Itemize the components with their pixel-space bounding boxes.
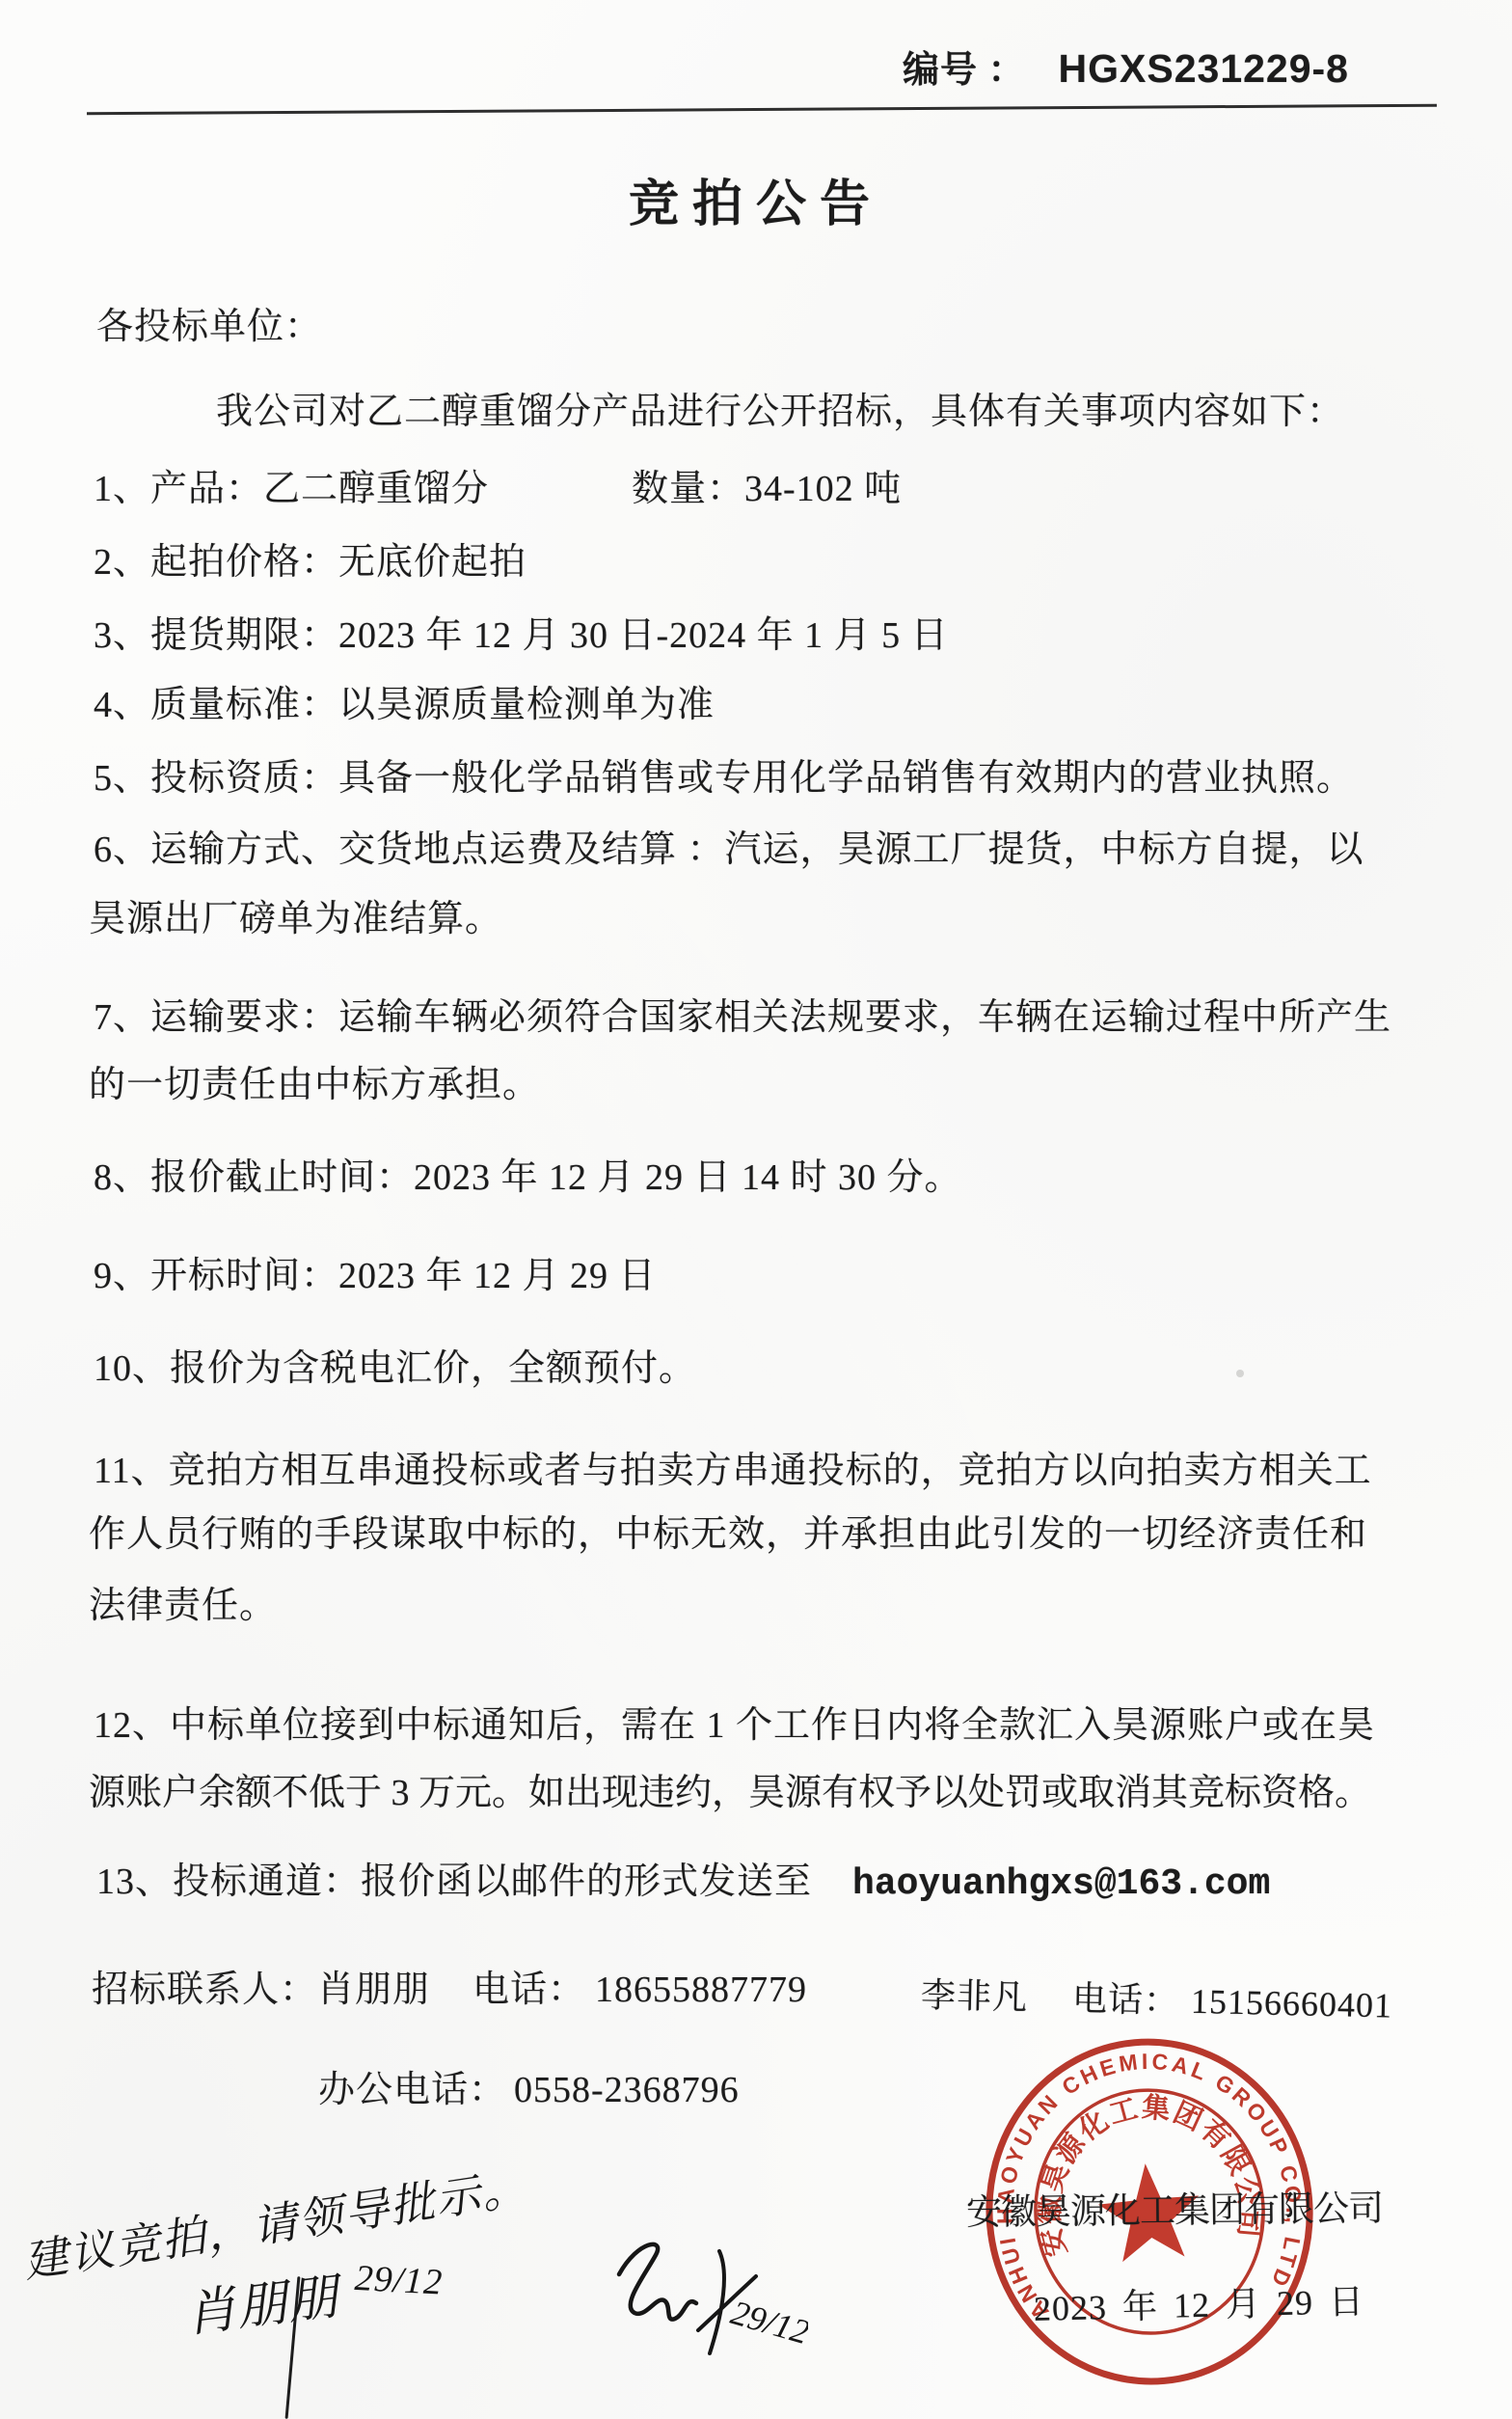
item-11-line2: 作人员行贿的手段谋取中标的，中标无效，并承担由此引发的一切经济责任和 xyxy=(89,1512,1367,1559)
header-rule xyxy=(87,104,1437,116)
item-12-line2: 源账户余额不低于 3 万元。如出现违约，昊源有权予以处罚或取消其竞标资格。 xyxy=(89,1771,1371,1817)
item-3: 3、提货期限：2023 年 12 月 30 日-2024 年 1 月 5 日 xyxy=(94,613,949,660)
signature-date: 2023 年 12 月 29 日 xyxy=(1034,2280,1365,2331)
office-phone-line: 办公电话：0558-2368796 xyxy=(318,2068,740,2114)
handwritten-approval-date: 29/12 xyxy=(727,2293,808,2351)
handwritten-signer: 肖朋朋29/12 xyxy=(182,2253,445,2347)
item-5: 5、投标资质：具备一般化学品销售或专用化学品销售有效期内的营业执照。 xyxy=(94,756,1354,802)
item-10: 10、报价为含税电汇价，全额预付。 xyxy=(94,1346,696,1393)
scanned-document-page: 编号 ：HGXS231229-8 竞拍公告 各投标单位： 我公司对乙二醇重馏分产… xyxy=(0,0,1512,2419)
office-phone-label: 办公电话： xyxy=(318,2070,506,2110)
office-phone: 0558-2368796 xyxy=(514,2070,740,2110)
signature-company-name: 安徽昊源化工集团有限公司 xyxy=(966,2188,1383,2237)
item-2: 2、起拍价格：无底价起拍 xyxy=(94,540,526,586)
signature-squiggle-1 xyxy=(619,2244,696,2320)
salutation: 各投标单位： xyxy=(96,305,322,351)
handwritten-approval-signature: 29/12 xyxy=(606,2230,808,2394)
item-8: 8、报价截止时间：2023 年 12 月 29 日 14 时 30 分。 xyxy=(94,1155,962,1202)
handwritten-note: 建议竞拍，请领导批示。 xyxy=(20,2160,532,2290)
item-6-line1: 6、运输方式、交货地点运费及结算 ：汽运，昊源工厂提货，中标方自提，以 xyxy=(94,828,1364,874)
intro-paragraph: 我公司对乙二醇重馏分产品进行公开招标，具体有关事项内容如下： xyxy=(216,390,1344,436)
doc-number-value: HGXS231229-8 xyxy=(1059,46,1349,91)
scan-artifact xyxy=(1236,1370,1244,1377)
item-9: 9、开标时间：2023 年 12 月 29 日 xyxy=(94,1254,657,1300)
second-contact-phone-label: 电话： xyxy=(1072,1979,1180,2021)
handwritten-signer-date: 29/12 xyxy=(354,2256,445,2306)
bid-contact-name: 招标联系人：肖朋朋 xyxy=(92,1970,430,2010)
item-1-product: 1、产品：乙二醇重馏分 xyxy=(94,469,489,509)
item-4: 4、质量标准：以昊源质量检测单为准 xyxy=(94,683,715,729)
item-11-line1: 11、竞拍方相互串通投标或者与拍卖方串通投标的，竞拍方以向拍卖方相关工 xyxy=(94,1449,1372,1495)
bid-contact-line: 招标联系人：肖朋朋电话：18655887779 xyxy=(92,1968,807,2014)
item-13-text: 13、投标通道：报价函以邮件的形式发送至 xyxy=(96,1862,812,1902)
bid-email-address: haoyuanhgxs@163.com xyxy=(852,1863,1270,1905)
second-contact-name: 李非凡 xyxy=(921,1975,1029,2017)
page-title: 竞拍公告 xyxy=(0,174,1512,236)
doc-number-label: 编号 ： xyxy=(903,50,1026,91)
handwritten-signer-name: 肖朋朋 xyxy=(183,2270,342,2343)
item-1: 1、产品：乙二醇重馏分数量：34-102 吨 xyxy=(94,467,902,513)
item-13: 13、投标通道：报价函以邮件的形式发送至haoyuanhgxs@163.com xyxy=(96,1860,1270,1908)
item-7-line2: 的一切责任由中标方承担。 xyxy=(89,1063,540,1109)
doc-number-row: 编号 ：HGXS231229-8 xyxy=(903,44,1349,95)
item-11-line3: 法律责任。 xyxy=(89,1584,277,1630)
item-1-quantity: 数量：34-102 吨 xyxy=(632,469,902,509)
bid-contact-phone-label: 电话： xyxy=(472,1970,585,2010)
bid-contact-phone: 18655887779 xyxy=(595,1970,807,2010)
item-7-line1: 7、运输要求：运输车辆必须符合国家相关法规要求，车辆在运输过程中所产生 xyxy=(94,995,1391,1042)
item-6-line2: 昊源出厂磅单为准结算。 xyxy=(89,897,502,943)
item-12-line1: 12、中标单位接到中标通知后，需在 1 个工作日内将全款汇入昊源账户或在昊 xyxy=(94,1703,1375,1750)
